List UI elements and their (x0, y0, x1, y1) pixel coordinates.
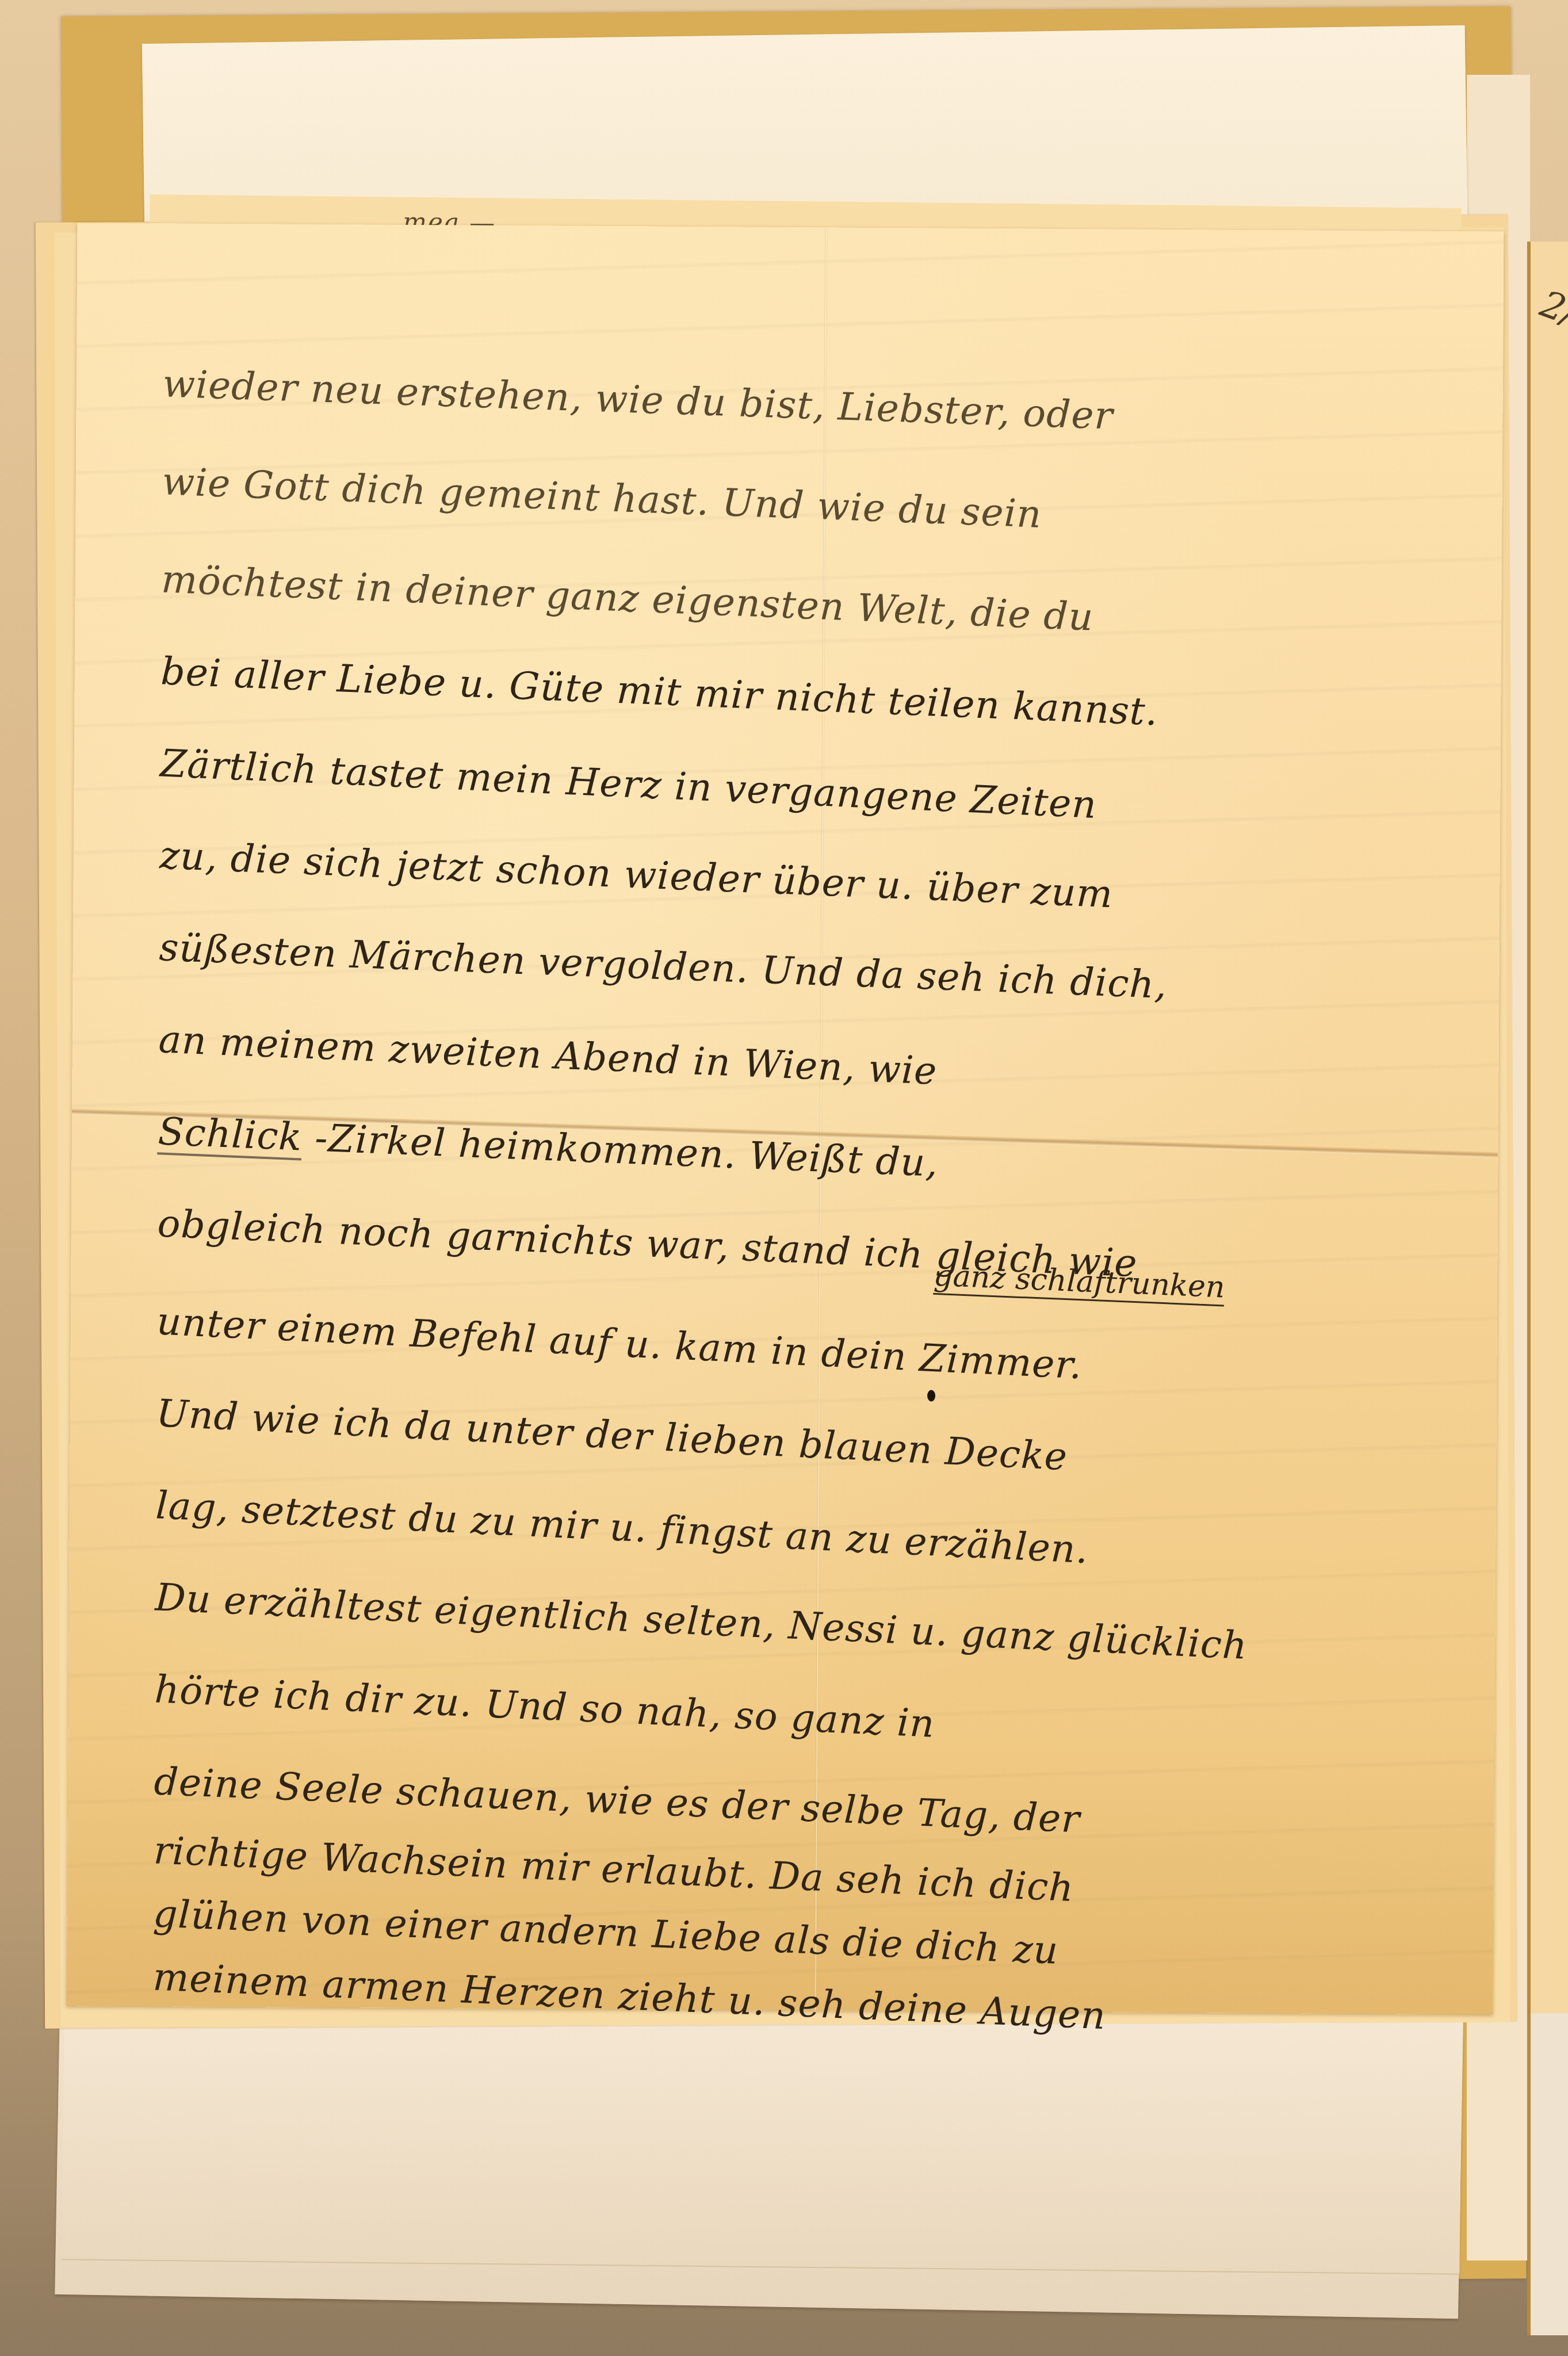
page-number: 2/ (1535, 283, 1568, 335)
handwriting-line: wieder neu erstehen, wie du bist, Liebst… (162, 361, 1114, 438)
handwriting-line: hörte ich dir zu. Und so nah, so ganz in (154, 1667, 935, 1746)
adjacent-letter-page: 2/ (1527, 242, 1568, 2013)
handwriting-line: Schlick vom Schlick-Zirkel heimkommen. W… (157, 1109, 939, 1185)
handwriting-line-rest: -Zirkel heimkommen. Weißt du, (314, 1116, 939, 1185)
handwriting-line: deine Seele schauen, wie es der selbe Ta… (153, 1759, 1081, 1841)
handwritten-text: wieder neu erstehen, wie du bist, Liebst… (67, 223, 1504, 2014)
handwriting-line: zu, die sich jetzt schon wieder über u. … (159, 833, 1114, 916)
handwriting-line: lag, setztest du zu mir u. fingst an zu … (155, 1483, 1089, 1572)
handwriting-line: Und wie ich da unter der lieben blauen D… (155, 1391, 1069, 1479)
handwriting-line: wie Gott dich gemeint hast. Und wie du s… (161, 459, 1042, 536)
adjacent-interleaf (1527, 2013, 1568, 2335)
handwriting-line: Du erzähltest eigentlich selten, Nessi u… (154, 1575, 1248, 1667)
handwriting-line: bei aller Liebe u. Güte mit mir nicht te… (160, 649, 1159, 734)
handwriting-line: möchtest in deiner ganz eigensten Welt, … (160, 557, 1095, 639)
handwriting-line: an meinem zweiten Abend in Wien, wie (158, 1017, 938, 1093)
handwriting-line: süßesten Märchen vergolden. Und da seh i… (158, 925, 1168, 1007)
handwriting-line: unter einem Befehl auf u. kam in dein Zi… (156, 1299, 1084, 1387)
ink-spot (927, 1390, 935, 1402)
inserted-phrase: ganz schlaftrunken (933, 1259, 1226, 1307)
underlined-name: Schlick (157, 1109, 303, 1159)
handwriting-line: Zärtlich tastet mein Herz in vergangene … (159, 741, 1097, 827)
letter-page: wieder neu erstehen, wie du bist, Liebst… (67, 223, 1504, 2014)
